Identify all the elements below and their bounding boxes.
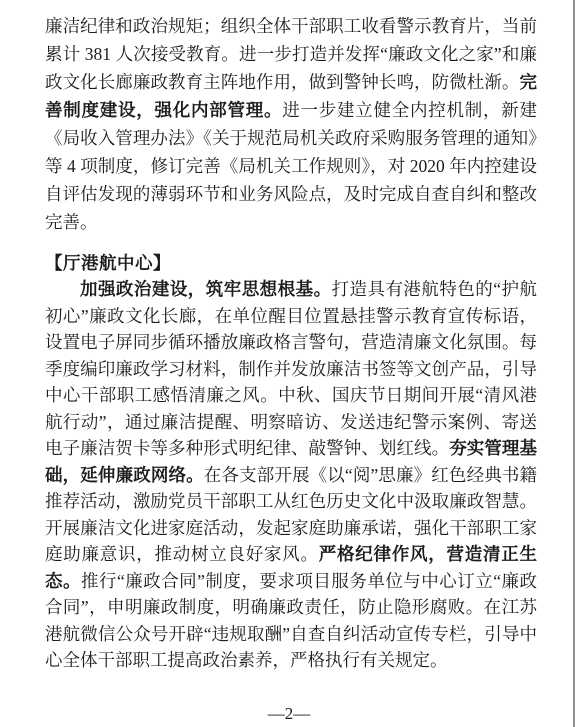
text-column: 廉洁纪律和政治规矩；组织全体干部职工收看警示教育片，当前累计 381 人次接受教… xyxy=(0,0,578,674)
scan-edge-line xyxy=(573,0,575,727)
paragraph-continuation: 廉洁纪律和政治规矩；组织全体干部职工收看警示教育片，当前累计 381 人次接受教… xyxy=(45,12,537,236)
page-number: —2— xyxy=(0,704,578,724)
paragraph-body: 加强政治建设，筑牢思想根基。打造具有港航特色的“护航初心”廉政文化长廊，在单位醒… xyxy=(45,276,537,674)
section-heading: 【厅港航中心】 xyxy=(45,250,537,276)
para2-segment-2: 打造具有港航特色的“护航初心”廉政文化长廊，在单位醒目位置悬挂警示教育宣传标语，… xyxy=(45,279,537,458)
para1-segment-1: 廉洁纪律和政治规矩；组织全体干部职工收看警示教育片，当前累计 381 人次接受教… xyxy=(45,16,537,92)
para2-bold-phrase-1: 加强政治建设，筑牢思想根基。 xyxy=(80,279,332,299)
para2-segment-6: 推行“廉政合同”制度，要求项目服务单位与中心订立“廉政合同”，申明廉政制度，明确… xyxy=(45,571,537,671)
document-page: 廉洁纪律和政治规矩；组织全体干部职工收看警示教育片，当前累计 381 人次接受教… xyxy=(0,0,578,727)
